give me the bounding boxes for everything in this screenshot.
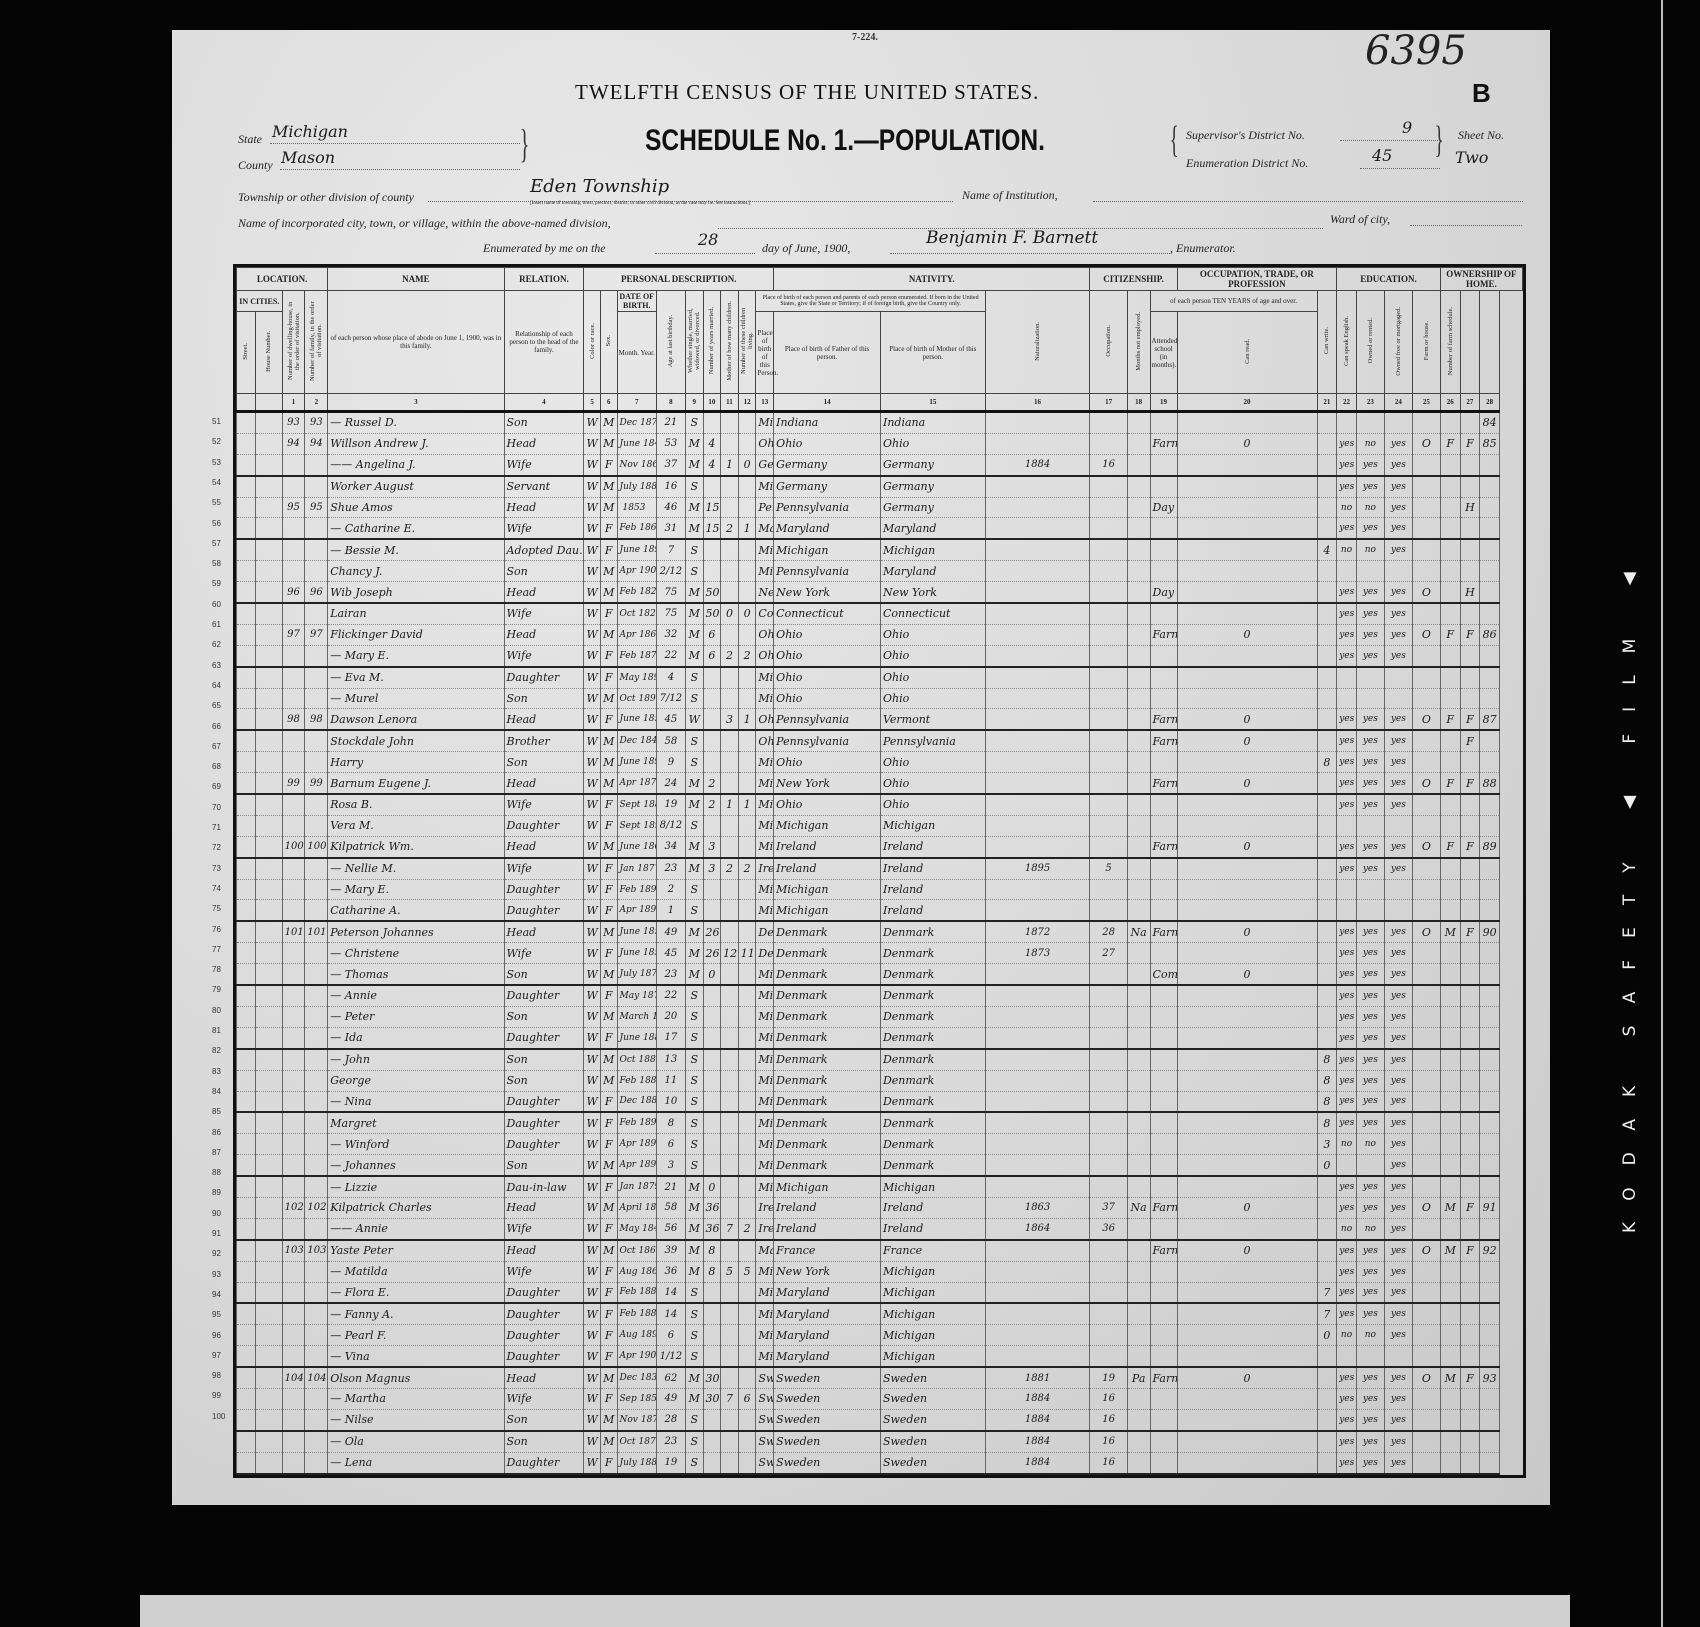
cell-house-number [255, 1176, 282, 1197]
cell-color: W [584, 1367, 601, 1388]
cell-date-of-birth: June1890 [617, 752, 656, 773]
cell-color: W [584, 1282, 601, 1303]
cell-house-number [255, 476, 282, 497]
cell-occ [1150, 539, 1177, 560]
cell-fh: F [1460, 433, 1480, 454]
cell-date-of-birth: March1880 [617, 1006, 656, 1027]
cell-street [237, 794, 256, 815]
cell-ms: S [685, 1049, 703, 1070]
cell-imm [985, 1091, 1090, 1112]
cell-birth-month: Feb [620, 651, 637, 661]
cell-fs: 88 [1480, 773, 1500, 794]
cell-nat: Na [1127, 1197, 1150, 1218]
cell-age: 45 [656, 709, 685, 730]
cell-fh [1460, 1346, 1480, 1367]
cell-mne [1177, 900, 1317, 921]
cell-own [1412, 752, 1440, 773]
cell-occ [1150, 900, 1177, 921]
col-11-header: Mother of how many children. [721, 291, 739, 394]
cell-cl [738, 1282, 756, 1303]
cell-yrs [1090, 794, 1127, 815]
cell-mne: 0 [1177, 730, 1317, 751]
col-number-6: 6 [600, 394, 617, 412]
cell-dw [282, 454, 305, 475]
cell-birth-month: June [620, 757, 641, 767]
cell-color: W [584, 667, 601, 688]
cell-age: 9 [656, 752, 685, 773]
group-ownership: OWNERSHIP OF HOME. [1440, 268, 1522, 291]
cell-street [237, 1006, 256, 1027]
cell-fh [1460, 858, 1480, 879]
cell-ms: S [685, 1006, 703, 1027]
cell-wr: yes [1356, 1367, 1384, 1388]
cell-fh [1460, 1006, 1480, 1027]
cell-ms: S [685, 879, 703, 900]
cell-fh [1460, 943, 1480, 964]
cell-sex: F [600, 1388, 617, 1409]
table-row: 9797Flickinger DavidHeadWMApr186832M6Ohi… [237, 624, 1523, 645]
col-23-header: Owned or rented. [1356, 291, 1384, 394]
cell-own [1412, 1303, 1440, 1324]
cell-rd: yes [1337, 985, 1357, 1006]
cell-birth-year: 1892 [643, 545, 656, 555]
line-number: 86 [212, 1128, 221, 1137]
cell-ym [703, 1091, 721, 1112]
cell-en [1384, 1346, 1412, 1367]
cell-fh [1460, 815, 1480, 836]
cell-age: 1/12 [656, 1346, 685, 1367]
cell-sch: 0 [1317, 1325, 1337, 1346]
cell-cl [738, 1325, 756, 1346]
cell-house-number [255, 1006, 282, 1027]
cell-color: W [584, 943, 601, 964]
line-number: 52 [212, 437, 221, 446]
cell-house-number [255, 985, 282, 1006]
cell-house-number [255, 752, 282, 773]
cell-age: 49 [656, 1388, 685, 1409]
cell-street [237, 836, 256, 857]
cell-mc [721, 1452, 739, 1473]
cell-color: W [584, 1112, 601, 1133]
cell-ms: S [685, 752, 703, 773]
cell-nat [1127, 1282, 1150, 1303]
cell-nat [1127, 1388, 1150, 1409]
cell-sex: F [600, 1218, 617, 1239]
cell-birth-year: 1876 [640, 969, 657, 979]
cell-sch [1317, 985, 1337, 1006]
cell-sex: F [600, 1325, 617, 1346]
cell-sex: M [600, 1431, 617, 1452]
cell-fam [305, 1176, 328, 1197]
cell-cl [738, 1155, 756, 1176]
cell-street [237, 539, 256, 560]
cell-mb: Indiana [880, 412, 985, 434]
cell-nat [1127, 900, 1150, 921]
cell-dw [282, 518, 305, 539]
cell-occ [1150, 1282, 1177, 1303]
cell-mc [721, 773, 739, 794]
cell-fh [1460, 645, 1480, 666]
cell-own [1412, 539, 1440, 560]
cell-fam [305, 454, 328, 475]
cell-own: O [1412, 709, 1440, 730]
cell-sex: M [600, 1240, 617, 1261]
cell-yrs [1090, 476, 1127, 497]
cell-yrs [1090, 1006, 1127, 1027]
cell-age: 62 [656, 1367, 685, 1388]
cell-nat [1127, 1261, 1150, 1282]
cell-street [237, 1049, 256, 1070]
cell-house-number [255, 1431, 282, 1452]
cell-color: W [584, 1155, 601, 1176]
cell-name: — Christene [328, 943, 504, 964]
cell-fh: F [1460, 1240, 1480, 1261]
cell-fs [1480, 454, 1500, 475]
cell-fam: 94 [305, 433, 328, 454]
cell-fh [1460, 985, 1480, 1006]
cell-mne [1177, 1112, 1317, 1133]
cell-ms: M [685, 1176, 703, 1197]
cell-age: 13 [656, 1049, 685, 1070]
cell-en: yes [1384, 497, 1412, 518]
cell-fb: France [774, 1240, 881, 1261]
cell-sex: F [600, 1303, 617, 1324]
cell-rd: yes [1337, 858, 1357, 879]
cell-name: — Russel D. [328, 412, 504, 434]
cell-mc [721, 1367, 739, 1388]
cell-mb: Ohio [880, 752, 985, 773]
cell-occ [1150, 1346, 1177, 1367]
cell-fm: F [1440, 624, 1460, 645]
cell-rd: no [1337, 497, 1357, 518]
cell-mb: Ohio [880, 667, 985, 688]
cell-birth-year: 1894 [639, 1139, 656, 1149]
cell-pb: Germany [756, 454, 774, 475]
cell-sch [1317, 624, 1337, 645]
cell-ms: S [685, 539, 703, 560]
cell-wr: yes [1356, 1240, 1384, 1261]
cell-fam [305, 752, 328, 773]
cell-ym: 2 [703, 794, 721, 815]
stamp-letter: B [1472, 78, 1491, 109]
line-number: 51 [212, 417, 221, 426]
cell-fs [1480, 1325, 1500, 1346]
cell-fm [1440, 1027, 1460, 1048]
cell-house-number [255, 709, 282, 730]
cell-pb: Michigan [756, 561, 774, 582]
cell-age: 53 [656, 433, 685, 454]
cell-dw [282, 985, 305, 1006]
cell-en: yes [1384, 1134, 1412, 1155]
cell-birth-month: Dec [620, 1373, 638, 1383]
cell-fm [1440, 518, 1460, 539]
township-value: Eden Township [530, 176, 669, 197]
cell-dw: 101 [282, 921, 305, 942]
cell-nat [1127, 1409, 1150, 1430]
cell-fh: F [1460, 836, 1480, 857]
cell-fb: Ireland [774, 1218, 881, 1239]
cell-mb: Ireland [880, 1218, 985, 1239]
cell-birth-year: 1866 [643, 842, 656, 852]
cell-wr: yes [1356, 943, 1384, 964]
cell-sex: F [600, 1112, 617, 1133]
cell-fb: Pennsylvania [774, 730, 881, 751]
cell-yrs: 28 [1090, 921, 1127, 942]
cell-fam [305, 476, 328, 497]
line-number: 75 [212, 904, 221, 913]
next-page-edge [140, 1595, 1570, 1627]
cell-rel: Son [504, 964, 584, 985]
cell-date-of-birth: Jan1879 [617, 1176, 656, 1197]
cell-date-of-birth: Apr1868 [617, 624, 656, 645]
cell-occ [1150, 1049, 1177, 1070]
cell-mne [1177, 454, 1317, 475]
cell-sch [1317, 879, 1337, 900]
cell-mc: 12 [721, 943, 739, 964]
cell-pb: Ohio [756, 709, 774, 730]
cell-pb: Ireland [756, 858, 774, 879]
cell-fh [1460, 1388, 1480, 1409]
cell-birth-year: 1899 [643, 821, 656, 831]
cell-fb: Denmark [774, 1006, 881, 1027]
cell-wr: yes [1356, 1176, 1384, 1197]
cell-cl: 6 [738, 1388, 756, 1409]
cell-yrs [1090, 879, 1127, 900]
cell-birth-month: Dec [620, 418, 638, 428]
cell-imm [985, 1049, 1090, 1070]
cell-mne [1177, 1070, 1317, 1091]
cell-own [1412, 603, 1440, 624]
cell-date-of-birth: Feb1886 [617, 1303, 656, 1324]
cell-own [1412, 1261, 1440, 1282]
table-row: — PeterSonWMMarch188020SMichiganDenmarkD… [237, 1006, 1523, 1027]
cell-en [1384, 667, 1412, 688]
cell-imm: 1884 [985, 1452, 1090, 1473]
table-row: 9393— Russel D.SonWMDec187821SMichiganIn… [237, 412, 1523, 434]
cell-mne [1177, 1155, 1317, 1176]
cell-birth-year: 1889 [639, 1076, 656, 1086]
cell-date-of-birth: Feb1892 [617, 1112, 656, 1133]
cell-fs [1480, 964, 1500, 985]
cell-imm [985, 985, 1090, 1006]
cell-fs: 92 [1480, 1240, 1500, 1261]
cell-wr [1356, 1346, 1384, 1367]
supervisor-label: Supervisor's District No. [1186, 128, 1305, 143]
cell-fb: Denmark [774, 921, 881, 942]
cell-fh [1460, 1155, 1480, 1176]
cell-nat [1127, 1006, 1150, 1027]
line-number: 61 [212, 620, 221, 629]
cell-name: — Nellie M. [328, 858, 504, 879]
cell-color: W [584, 412, 601, 434]
enumeration-value: 45 [1372, 146, 1392, 165]
cell-own [1412, 794, 1440, 815]
table-row: — Mary E.WifeWFFeb187822M622OhioOhioOhio… [237, 645, 1523, 666]
cell-ym [703, 1346, 721, 1367]
cell-fb: New York [774, 582, 881, 603]
cell-ms: S [685, 561, 703, 582]
cell-sex: F [600, 1176, 617, 1197]
cell-yrs [1090, 518, 1127, 539]
cell-own [1412, 1218, 1440, 1239]
cell-pb: Michigan [756, 794, 774, 815]
cell-house-number [255, 1049, 282, 1070]
cell-own [1412, 879, 1440, 900]
cell-fam: 95 [305, 497, 328, 518]
cell-birth-month: Sept [620, 821, 641, 831]
cell-age: 19 [656, 1452, 685, 1473]
cell-nat [1127, 1027, 1150, 1048]
cell-imm [985, 539, 1090, 560]
cell-mne [1177, 1027, 1317, 1048]
cell-rel: Head [504, 582, 584, 603]
cell-occ [1150, 815, 1177, 836]
cell-sch [1317, 1027, 1337, 1048]
cell-name: — Nina [328, 1091, 504, 1112]
cell-wr: yes [1356, 1070, 1384, 1091]
cell-dw [282, 1176, 305, 1197]
cell-rd: no [1337, 1325, 1357, 1346]
cell-own [1412, 1346, 1440, 1367]
cell-name: George [328, 1070, 504, 1091]
col-8-header: Age at last birthday. [656, 291, 685, 394]
cell-age: 23 [656, 964, 685, 985]
cell-fh [1460, 794, 1480, 815]
cell-mc [721, 964, 739, 985]
cell-imm [985, 1027, 1090, 1048]
cell-yrs [1090, 582, 1127, 603]
cell-rd: yes [1337, 1027, 1357, 1048]
ward-label: Ward of city, [1330, 212, 1390, 227]
cell-street [237, 518, 256, 539]
cell-nat [1127, 624, 1150, 645]
cell-color: W [584, 815, 601, 836]
cell-dw: 93 [282, 412, 305, 434]
cell-mne: 0 [1177, 624, 1317, 645]
cell-mne [1177, 1409, 1317, 1430]
table-row: — OlaSonWMOct187623SSwedenSwedenSweden18… [237, 1431, 1523, 1452]
cell-fh [1460, 1070, 1480, 1091]
cell-cl [738, 1091, 756, 1112]
cell-color: W [584, 476, 601, 497]
cell-birth-year: 1842 [640, 736, 656, 746]
cell-en: yes [1384, 624, 1412, 645]
cell-fm [1440, 688, 1460, 709]
cell-wr [1356, 561, 1384, 582]
cell-mb: Sweden [880, 1409, 985, 1430]
cell-yrs: 16 [1090, 1409, 1127, 1430]
cell-birth-month: Dec [620, 1096, 638, 1106]
cell-birth-year: 1880 [652, 1012, 656, 1022]
cell-nat [1127, 1070, 1150, 1091]
enumerator-label: , Enumerator. [1170, 241, 1236, 256]
cell-house-number [255, 879, 282, 900]
cell-birth-month: Dec [620, 736, 638, 746]
cell-age: 75 [656, 603, 685, 624]
cell-mne: 0 [1177, 709, 1317, 730]
cell-pb: Michigan [756, 752, 774, 773]
cell-birth-year: 1844 [642, 1224, 656, 1234]
cell-age: 21 [656, 412, 685, 434]
col-16-header: Naturalization. [985, 291, 1090, 394]
line-number: 76 [212, 925, 221, 934]
cell-name: — Lizzie [328, 1176, 504, 1197]
cell-fs [1480, 858, 1500, 879]
cell-wr [1356, 900, 1384, 921]
cell-house-number [255, 645, 282, 666]
cell-yrs [1090, 1112, 1127, 1133]
cell-ym: 0 [703, 1176, 721, 1197]
cell-dw [282, 539, 305, 560]
cell-nat [1127, 1134, 1150, 1155]
cell-name: Shue Amos [328, 497, 504, 518]
cell-name: Stockdale John [328, 730, 504, 751]
cell-mb: Michigan [880, 1346, 985, 1367]
cell-nat [1127, 1176, 1150, 1197]
cell-en: yes [1384, 1431, 1412, 1452]
cell-date-of-birth: Aug1893 [617, 1325, 656, 1346]
line-number: 93 [212, 1270, 221, 1279]
cell-occ: Farmer [1150, 709, 1177, 730]
cell-rel: Daughter [504, 667, 584, 688]
cell-en: yes [1384, 518, 1412, 539]
cell-birth-year: 1890 [643, 757, 656, 767]
cell-ym: 3 [703, 858, 721, 879]
cell-dw [282, 964, 305, 985]
cell-nat [1127, 985, 1150, 1006]
cell-rd: yes [1337, 1367, 1357, 1388]
cell-rd: no [1337, 539, 1357, 560]
cell-date-of-birth: April1842 [617, 1197, 656, 1218]
cell-ym: 4 [703, 454, 721, 475]
cell-pb: Michigan [756, 688, 774, 709]
cell-sch [1317, 454, 1337, 475]
cell-fam [305, 1346, 328, 1367]
cell-fs [1480, 1112, 1500, 1133]
line-number: 58 [212, 559, 221, 568]
cell-ym [703, 688, 721, 709]
cell-mb: Vermont [880, 709, 985, 730]
cell-date-of-birth: Feb1898 [617, 879, 656, 900]
cell-en: yes [1384, 454, 1412, 475]
cell-street [237, 497, 256, 518]
cell-fm [1440, 582, 1460, 603]
col-number-28: 28 [1480, 394, 1500, 412]
cell-mb: Ireland [880, 1197, 985, 1218]
cell-fm [1440, 858, 1460, 879]
cell-name: — Flora E. [328, 1282, 504, 1303]
cell-wr: yes [1356, 1452, 1384, 1473]
cell-cl: 2 [738, 645, 756, 666]
cell-fam [305, 645, 328, 666]
cell-rd: yes [1337, 433, 1357, 454]
cell-wr: yes [1356, 1049, 1384, 1070]
cell-fm: F [1440, 773, 1460, 794]
cell-mb: New York [880, 582, 985, 603]
cell-age: 75 [656, 582, 685, 603]
cell-mc [721, 561, 739, 582]
cell-ym: 4 [703, 433, 721, 454]
cell-birth-year: 1837 [640, 1373, 656, 1383]
cell-own [1412, 1325, 1440, 1346]
cell-fh [1460, 539, 1480, 560]
cell-sch [1317, 1006, 1337, 1027]
cell-fh [1460, 1303, 1480, 1324]
cell-age: 7 [656, 539, 685, 560]
line-number: 97 [212, 1351, 221, 1360]
line-number: 60 [212, 600, 221, 609]
col-number-23: 23 [1356, 394, 1384, 412]
